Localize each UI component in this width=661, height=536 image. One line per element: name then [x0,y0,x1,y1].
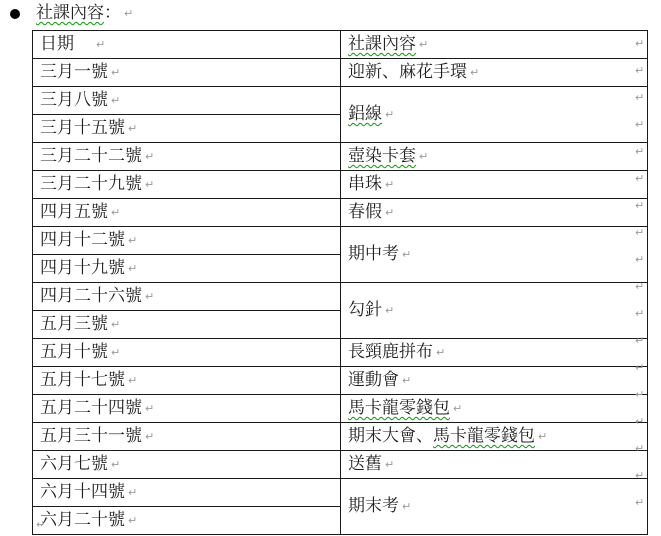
cell-end-mark-icon: ↵ [128,374,137,387]
content-cell[interactable]: 期末大會、馬卡龍零錢包↵ [341,423,648,451]
table-row: 五月二十四號↵馬卡龍零錢包↵ [33,395,648,423]
cell-end-mark-icon: ↵ [111,94,120,107]
cell-end-mark-icon: ↵ [419,38,428,51]
date-text: 日期 [40,34,74,53]
row-end-marks: ↵↵↵↵↵↵↵↵↵↵↵↵↵↵↵↵↵↵ [635,30,644,516]
course-schedule-table: 日期↵社課內容↵三月一號↵迎新、麻花手環↵三月八號↵鋁線↵三月十五號↵三月二十二… [32,30,648,535]
table-row: 六月十四號↵期末考↵ [33,479,648,507]
content-cell[interactable]: 運動會↵ [341,367,648,395]
date-text: 四月五號 [40,202,108,221]
cell-end-mark-icon: ↵ [402,374,411,387]
cell-end-mark-icon: ↵ [385,304,394,317]
date-text: 四月二十六號 [40,286,142,305]
date-text: 五月三十一號 [40,426,142,445]
date-cell[interactable]: 三月一號↵ [33,59,341,87]
date-cell[interactable]: 五月二十四號↵ [33,395,341,423]
date-cell[interactable]: 四月二十六號↵ [33,283,341,311]
content-cell[interactable]: 春假↵ [341,199,648,227]
content-cell[interactable]: 勾針↵ [341,283,648,339]
table-row: 三月一號↵迎新、麻花手環↵ [33,59,648,87]
row-end-mark-icon: ↵ [635,354,644,381]
page-title-text: 社課內容 [36,3,104,22]
cell-end-mark-icon: ↵ [145,430,154,443]
date-text: 六月二十號 [40,510,125,529]
content-text: 運動會 [348,370,399,389]
row-end-mark-icon: ↵ [635,219,644,246]
content-cell[interactable]: 長頸鹿拼布↵ [341,339,648,367]
cell-end-mark-icon: ↵ [145,402,154,415]
content-cell[interactable]: 串珠↵ [341,171,648,199]
cell-end-mark-icon: ↵ [419,150,428,163]
row-end-mark-icon: ↵ [635,381,644,408]
cell-end-mark-icon: ↵ [402,500,411,513]
paragraph-mark-icon: ↵ [36,518,45,531]
cell-end-mark-icon: ↵ [470,66,479,79]
content-text: 串珠 [348,174,382,193]
date-cell[interactable]: 四月五號↵ [33,199,341,227]
date-text: 六月七號 [40,454,108,473]
content-cell[interactable]: 馬卡龍零錢包↵ [341,395,648,423]
table-row: 六月七號↵送舊↵ [33,451,648,479]
date-text: 四月十二號 [40,230,125,249]
content-text-spellcheck-flagged: 馬卡龍零錢包 [433,426,535,445]
content-text: 迎新、麻花手環 [348,62,467,81]
cell-end-mark-icon: ↵ [385,206,394,219]
table-row: 四月二十六號↵勾針↵ [33,283,648,311]
date-text: 三月八號 [40,90,108,109]
cell-end-mark-icon: ↵ [385,458,394,471]
table-row: 三月二十九號↵串珠↵ [33,171,648,199]
content-cell[interactable]: 期末考↵ [341,479,648,535]
content-text: 送舊 [348,454,382,473]
paragraph-mark-icon: ↵ [124,7,133,20]
table-row: 五月三十一號↵期末大會、馬卡龍零錢包↵ [33,423,648,451]
cell-end-mark-icon: ↵ [96,38,105,51]
cell-end-mark-icon: ↵ [111,346,120,359]
cell-end-mark-icon: ↵ [402,248,411,261]
cell-end-mark-icon: ↵ [385,108,394,121]
date-cell[interactable]: 四月十二號↵ [33,227,341,255]
content-text: 春假 [348,202,382,221]
date-cell[interactable]: 三月二十二號↵ [33,143,341,171]
cell-end-mark-icon: ↵ [145,290,154,303]
cell-end-mark-icon: ↵ [128,234,137,247]
content-cell[interactable]: 送舊↵ [341,451,648,479]
header-cell-date[interactable]: 日期↵ [33,31,341,59]
content-cell[interactable]: 期中考↵ [341,227,648,283]
row-end-mark-icon: ↵ [635,111,644,138]
table-row: 五月十號↵長頸鹿拼布↵ [33,339,648,367]
date-text: 五月十號 [40,342,108,361]
date-text: 三月二十二號 [40,146,142,165]
cell-end-mark-icon: ↵ [128,486,137,499]
row-end-mark-icon: ↵ [635,165,644,192]
date-cell[interactable]: 五月三十一號↵ [33,423,341,451]
table-row: 四月十二號↵期中考↵ [33,227,648,255]
row-end-mark-icon: ↵ [635,138,644,165]
course-table-body: 日期↵社課內容↵三月一號↵迎新、麻花手環↵三月八號↵鋁線↵三月十五號↵三月二十二… [33,31,648,535]
content-text: 期中考 [348,244,399,263]
row-end-mark-icon: ↵ [635,192,644,219]
header-cell-content[interactable]: 社課內容↵ [341,31,648,59]
row-end-mark-icon: ↵ [635,462,644,489]
page-title: 社課內容：↵ [36,3,133,24]
table-row: 三月八號↵鋁線↵ [33,87,648,115]
date-cell[interactable]: 五月三號↵ [33,311,341,339]
table-row: 日期↵社課內容↵ [33,31,648,59]
date-text: 五月十七號 [40,370,125,389]
cell-end-mark-icon: ↵ [111,206,120,219]
date-cell[interactable]: 三月八號↵ [33,87,341,115]
cell-end-mark-icon: ↵ [128,122,137,135]
content-cell[interactable]: 壺染卡套↵ [341,143,648,171]
date-cell[interactable]: 三月十五號↵ [33,115,341,143]
date-text: 四月十九號 [40,258,125,277]
cell-end-mark-icon: ↵ [145,178,154,191]
table-row: 四月五號↵春假↵ [33,199,648,227]
date-text: 三月十五號 [40,118,125,137]
row-end-mark-icon: ↵ [635,435,644,462]
row-end-mark-icon: ↵ [635,30,644,57]
date-cell[interactable]: 六月七號↵ [33,451,341,479]
row-end-mark-icon: ↵ [635,84,644,111]
cell-end-mark-icon: ↵ [128,262,137,275]
cell-end-mark-icon: ↵ [111,318,120,331]
cell-end-mark-icon: ↵ [128,514,137,527]
cell-end-mark-icon: ↵ [453,402,462,415]
date-text: 三月一號 [40,62,108,81]
cell-end-mark-icon: ↵ [385,178,394,191]
table-row: 五月十七號↵運動會↵ [33,367,648,395]
content-text: 期末考 [348,496,399,515]
content-text-spellcheck-flagged: 馬卡龍零錢包 [348,398,450,417]
row-end-mark-icon: ↵ [635,300,644,327]
cell-end-mark-icon: ↵ [538,430,547,443]
content-cell[interactable]: 鋁線↵ [341,87,648,143]
date-cell[interactable]: 五月十號↵ [33,339,341,367]
date-cell[interactable]: 六月十四號↵ [33,479,341,507]
page-title-colon: ： [104,3,121,22]
date-text: 五月二十四號 [40,398,142,417]
date-cell[interactable]: 六月二十號↵ [33,507,341,535]
content-text-spellcheck-flagged: 壺染卡套 [348,146,416,165]
row-end-mark-icon: ↵ [635,57,644,84]
date-text: 三月二十九號 [40,174,142,193]
date-cell[interactable]: 四月十九號↵ [33,255,341,283]
content-text: 勾針 [348,300,382,319]
row-end-mark-icon: ↵ [635,489,644,516]
row-end-mark-icon: ↵ [635,327,644,354]
date-cell[interactable]: 三月二十九號↵ [33,171,341,199]
cell-end-mark-icon: ↵ [436,346,445,359]
row-end-mark-icon: ↵ [635,246,644,273]
date-text: 六月十四號 [40,482,125,501]
cell-end-mark-icon: ↵ [111,458,120,471]
list-bullet-icon [10,9,20,19]
content-text: 期末大會、 [348,426,433,445]
cell-end-mark-icon: ↵ [145,150,154,163]
content-text: 長頸鹿拼布 [348,342,433,361]
content-text-spellcheck-flagged: 社課內容 [348,34,416,53]
row-end-mark-icon: ↵ [635,408,644,435]
date-text: 五月三號 [40,314,108,333]
content-text-spellcheck-flagged: 鋁線 [348,104,382,123]
table-row: 三月二十二號↵壺染卡套↵ [33,143,648,171]
content-cell[interactable]: 迎新、麻花手環↵ [341,59,648,87]
row-end-mark-icon: ↵ [635,273,644,300]
cell-end-mark-icon: ↵ [111,66,120,79]
date-cell[interactable]: 五月十七號↵ [33,367,341,395]
